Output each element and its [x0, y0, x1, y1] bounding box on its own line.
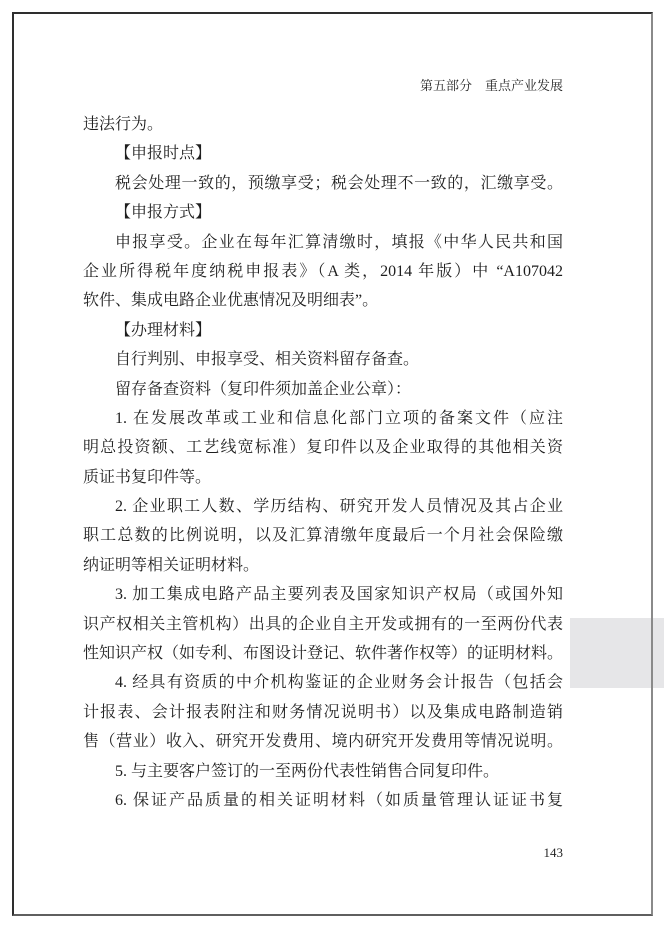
highlight-block: [570, 618, 664, 688]
text-line: 企业所得税年度纳税申报表》（A 类，2014 年版）中 “A107042: [83, 257, 563, 286]
text-line: 明总投资额、工艺线宽标准）复印件以及企业取得的其他相关资: [83, 433, 563, 462]
text-line: 【申报方式】: [83, 198, 563, 227]
running-header: 第五部分 重点产业发展: [83, 77, 563, 94]
text-line: 3. 加工集成电路产品主要列表及国家知识产权局（或国外知: [83, 580, 563, 609]
text-line: 计报表、会计报表附注和财务情况说明书）以及集成电路制造销: [83, 698, 563, 727]
text-line: 识产权相关主管机构）出具的企业自主开发或拥有的一至两份代表: [83, 610, 563, 639]
text-line: 自行判别、申报享受、相关资料留存备查。: [83, 345, 563, 374]
text-line: 6. 保证产品质量的相关证明材料（如质量管理认证证书复: [83, 786, 563, 815]
text-line: 纳证明等相关证明材料。: [83, 551, 563, 580]
text-line: 留存备查资料（复印件须加盖企业公章）：: [83, 375, 563, 404]
text-line: 违法行为。: [83, 110, 563, 139]
text-line: 申报享受。企业在每年汇算清缴时，填报《中华人民共和国: [83, 228, 563, 257]
text-line: 售（营业）收入、研究开发费用、境内研究开发费用等情况说明。: [83, 727, 563, 756]
text-line: 软件、集成电路企业优惠情况及明细表”。: [83, 286, 563, 315]
text-line: 4. 经具有资质的中介机构鉴证的企业财务会计报告（包括会: [83, 668, 563, 697]
text-line: 质证书复印件等。: [83, 463, 563, 492]
text-content: 违法行为。【申报时点】税会处理一致的，预缴享受；税会处理不一致的，汇缴享受。【申…: [83, 110, 563, 815]
text-line: 【办理材料】: [83, 316, 563, 345]
text-line: 1. 在发展改革或工业和信息化部门立项的备案文件（应注: [83, 404, 563, 433]
text-line: 税会处理一致的，预缴享受；税会处理不一致的，汇缴享受。: [83, 169, 563, 198]
text-line: 职工总数的比例说明，以及汇算清缴年度最后一个月社会保险缴: [83, 521, 563, 550]
page-number: 143: [483, 844, 563, 861]
text-line: 5. 与主要客户签订的一至两份代表性销售合同复印件。: [83, 757, 563, 786]
text-line: 性知识产权（如专利、布图设计登记、软件著作权等）的证明材料。: [83, 639, 563, 668]
text-line: 2. 企业职工人数、学历结构、研究开发人员情况及其占企业: [83, 492, 563, 521]
text-line: 【申报时点】: [83, 139, 563, 168]
